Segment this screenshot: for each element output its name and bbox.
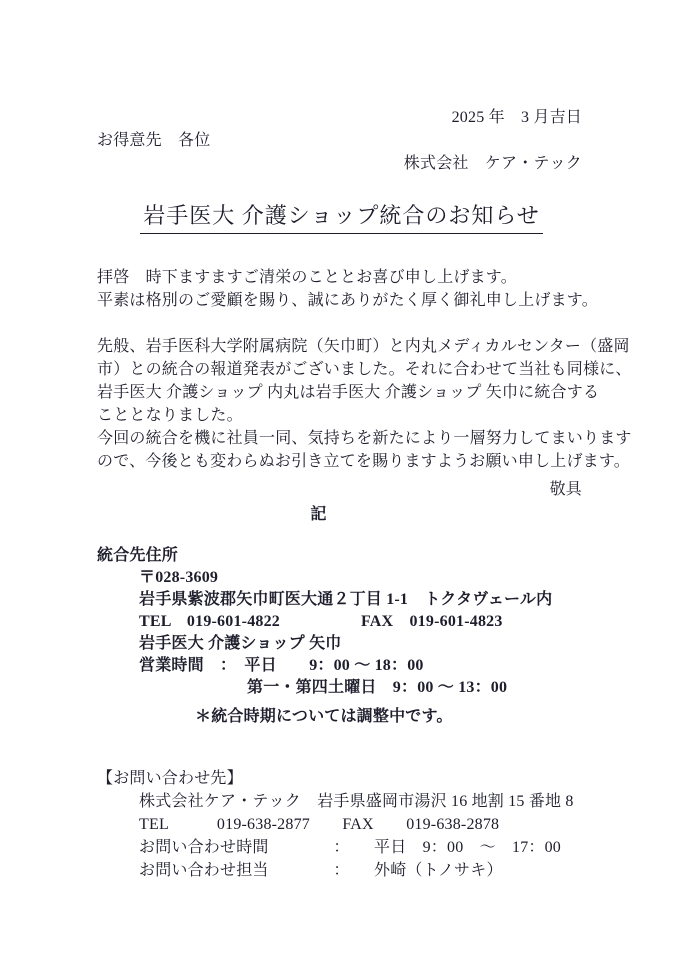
contact-tel-fax: TEL 019-638-2877 FAX 019-638-2878 (139, 813, 600, 836)
contact-hours: お問い合わせ時間 ： 平日 9：00 ～ 17：00 (139, 836, 600, 859)
body-line: 市）との統合の報道発表がございました。それに合わせて当社も同様に、 (97, 358, 600, 381)
merge-tel-fax: TEL 019-601-4822 FAX 019-601-4823 (139, 611, 600, 633)
title-block: 岩手医大 介護ショップ統合のお知らせ (97, 201, 600, 234)
greeting-line: 平素は格別のご愛顧を賜り、誠にありがたく厚く御礼申し上げます。 (97, 289, 600, 312)
merge-hours-weekday: 営業時間 ： 平日 9：00 ～ 18：00 (139, 655, 600, 677)
merge-timing-note: ＊統合時期については調整中です。 (195, 705, 600, 728)
contact-section: 【お問い合わせ先】 株式会社ケア・テック 岩手県盛岡市湯沢 16 地割 15 番… (97, 767, 600, 882)
body-line: ので、今後とも変わらぬお引き立てを賜りますようお願い申し上げます。 (97, 450, 600, 473)
document-page: 2025 年 3 月吉日 お得意先 各位 株式会社 ケア・テック 岩手医大 介護… (0, 0, 682, 965)
closing-keigu: 敬具 (97, 478, 600, 501)
merge-section-heading: 統合先住所 (97, 545, 600, 567)
page-title: 岩手医大 介護ショップ統合のお知らせ (140, 201, 542, 234)
recipient-line: お得意先 各位 (97, 129, 600, 152)
merge-address: 岩手県紫波郡矢巾町医大通２丁目 1-1 トクタヴェール内 (139, 589, 600, 611)
record-mark: 記 (97, 503, 600, 526)
merge-shop-name: 岩手医大 介護ショップ 矢巾 (139, 633, 600, 655)
greeting-block: 拝啓 時下ますますご清栄のこととお喜び申し上げます。 平素は格別のご愛顧を賜り、… (97, 266, 600, 312)
merge-hours-saturday: 第一・第四土曜日 9：00 ～ 13：00 (247, 677, 600, 699)
date-line: 2025 年 3 月吉日 (97, 106, 600, 129)
greeting-line: 拝啓 時下ますますご清栄のこととお喜び申し上げます。 (97, 266, 600, 289)
body-line: 岩手医大 介護ショップ 内丸は岩手医大 介護ショップ 矢巾に統合する (97, 381, 600, 404)
sender-company-line: 株式会社 ケア・テック (97, 152, 600, 175)
merge-postal-code: 〒028-3609 (139, 567, 600, 589)
contact-section-heading: 【お問い合わせ先】 (97, 767, 600, 790)
body-line: 先般、岩手医科大学附属病院（矢巾町）と内丸メディカルセンター（盛岡 (97, 335, 600, 358)
contact-company-address: 株式会社ケア・テック 岩手県盛岡市湯沢 16 地割 15 番地 8 (139, 790, 600, 813)
contact-person: お問い合わせ担当 ： 外崎（トノサキ） (139, 859, 600, 882)
body-line: こととなりました。 (97, 404, 600, 427)
body-line: 今回の統合を機に社員一同、気持ちを新たにより一層努力してまいります (97, 427, 600, 450)
merge-destination-section: 統合先住所 〒028-3609 岩手県紫波郡矢巾町医大通２丁目 1-1 トクタヴ… (97, 545, 600, 699)
body-paragraph: 先般、岩手医科大学附属病院（矢巾町）と内丸メディカルセンター（盛岡 市）との統合… (97, 335, 600, 473)
